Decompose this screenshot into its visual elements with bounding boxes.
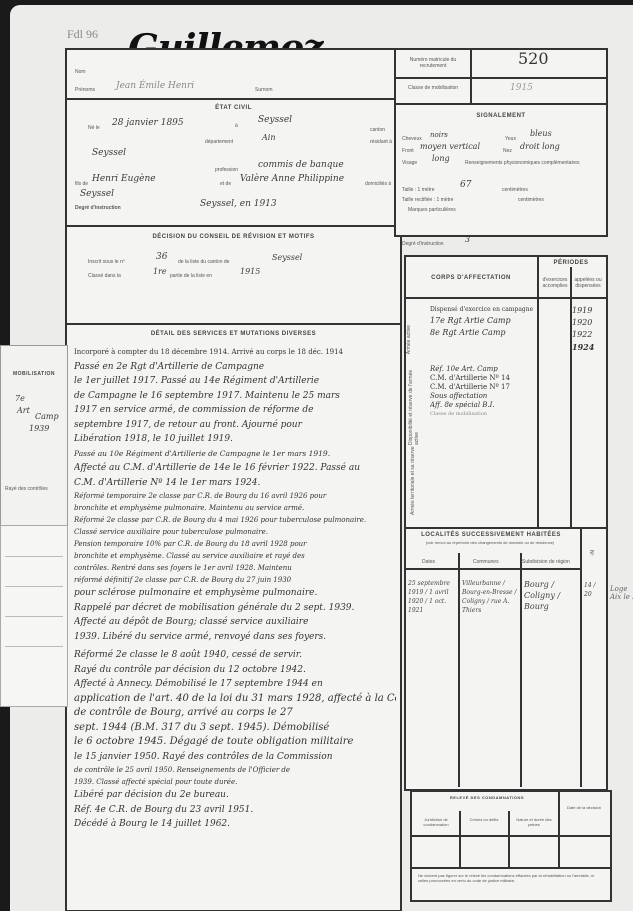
service-line: Passé en 2e Rgt d'Artillerie de Campagne	[74, 360, 396, 375]
divider	[459, 811, 461, 867]
divider	[520, 553, 522, 787]
side-card-entry: 1939	[29, 424, 49, 433]
armee-active-label: Armée active	[406, 325, 412, 354]
condamnations-header: RELEVÉ DES CONDAMNATIONS	[412, 795, 562, 800]
side-card-blank	[0, 525, 68, 707]
cond-col3: Nature et durée des peines	[512, 817, 556, 827]
side-card-entry: 7e	[15, 394, 25, 403]
born-date: 28 janvier 1895	[112, 118, 184, 128]
service-line: Décédé à Bourg le 14 juillet 1962.	[74, 817, 396, 832]
father-label: fils de	[75, 181, 88, 187]
classement-suffix: partie de la liste en	[170, 273, 212, 279]
signalement-header: SIGNALEMENT	[396, 113, 606, 119]
reserve-entry: Réf. 10e Art. Camp	[430, 365, 535, 374]
dates-col: 1919 1920 1922 1924	[572, 305, 602, 353]
service-line: Affecté au dépôt de Bourg; classé servic…	[74, 615, 396, 630]
localites-row: 25 septembre 1919 / 1 avril 1920 / 1 oct…	[408, 579, 456, 615]
service-line: contrôles. Rentré dans ses foyers le 1er…	[74, 562, 396, 574]
divider	[5, 616, 63, 617]
classement-label: Classé dans la	[88, 273, 121, 279]
classe-value: 1915	[510, 83, 533, 93]
folio-annotation: Fdl 96	[67, 27, 98, 42]
born-label: Né le	[88, 125, 100, 131]
given-names-value: Jean Émile Henri	[116, 81, 194, 91]
residence-label: résidant à	[370, 139, 392, 145]
hair-value: noirs	[430, 131, 448, 139]
service-line: 1917 en service armé, de commission de r…	[74, 403, 396, 418]
department-value: Ain	[262, 133, 276, 142]
register-page: Fdl 96 Guillemoz Nom Prénoms Jean Émile …	[10, 5, 633, 911]
canton-label: canton	[370, 127, 385, 133]
divider	[458, 553, 460, 787]
service-line: sept. 1944 (B.M. 317 du 3 sept. 1945). D…	[74, 721, 396, 736]
divider	[67, 225, 400, 227]
face-value: long	[432, 154, 450, 163]
periodes-col2: appelées ou dispensées	[573, 277, 603, 289]
side-card: MOBILISATION 7e Art Camp 1939 Rayé des c…	[0, 345, 68, 527]
mother-value: Valère Anne Philippine	[240, 174, 344, 184]
service-line: bronchite et emphysème. Classé au servic…	[74, 550, 396, 562]
date-entry: 1919	[572, 305, 602, 317]
reserve-label: Disponibilité et réserve de l'armée acti…	[408, 365, 420, 445]
etat-civil-header: ÉTAT CIVIL	[67, 105, 400, 111]
height-label: Taille : 1 mètre	[402, 187, 435, 193]
side-card-entry: Camp	[35, 412, 59, 421]
instruction-label: Degré d'instruction	[75, 205, 121, 211]
service-line: Affecté à Annecy. Démobilisé le 17 septe…	[74, 677, 396, 692]
residence-value: Seyssel	[92, 148, 126, 158]
inscription-canton: Seyssel	[272, 253, 302, 262]
divider	[67, 98, 400, 100]
classement-part: 1re	[153, 267, 167, 276]
col-communes: Communes	[473, 559, 499, 565]
instruction-value: Seyssel, en 1913	[200, 199, 277, 209]
classe-label: Classe de mobilisation	[402, 85, 464, 91]
service-line: le 6 octobre 1945. Dégagé de toute oblig…	[74, 735, 396, 750]
reserve-entry: Aff. 8e spécial B.I.	[430, 401, 535, 410]
divider	[580, 529, 582, 787]
domicile-value: Seyssel	[80, 189, 114, 199]
divider	[412, 835, 610, 837]
service-line: Pension temporaire 10% par C.R. de Bourg…	[74, 538, 396, 550]
service-line: Passé au 10e Régiment d'Artillerie de Ca…	[74, 447, 396, 462]
conseil-revision-header: DÉCISION DU CONSEIL DE RÉVISION ET MOTIF…	[67, 234, 400, 240]
reserve-entry: C.M. d'Artillerie Nº 17	[430, 383, 535, 392]
side-card-header: MOBILISATION	[1, 371, 67, 377]
service-line: de contrôle de Bourg, arrivé au corps le…	[74, 706, 396, 721]
divider	[406, 297, 606, 299]
classement-year: 1915	[240, 267, 260, 276]
eyes-label: Yeux	[505, 136, 516, 142]
hair-label: Cheveux	[402, 136, 422, 142]
services-text: Incorporé à compter du 18 décembre 1914.…	[74, 345, 396, 832]
nose-label: Nez	[503, 148, 512, 154]
given-names-label: Prénoms	[75, 87, 95, 93]
divider	[5, 556, 63, 557]
service-line: Affecté au C.M. d'Artillerie de 14e le 1…	[74, 461, 396, 476]
col-subdivision: Subdivision de région	[522, 559, 578, 565]
armee-active-entries: Dispensé d'exercice en campagne 17e Rgt …	[430, 305, 535, 339]
corps-affectation-header: CORPS D'AFFECTATION	[406, 275, 536, 281]
col-ref: Nº	[588, 550, 594, 555]
reserve-entry: C.M. d'Artillerie Nº 14	[430, 374, 535, 383]
nickname-label: Surnom	[255, 87, 273, 93]
service-line: septembre 1917, de retour au front. Ajou…	[74, 418, 396, 433]
born-place-label: à	[235, 123, 238, 129]
reserve-entry: Classe de mobilisation	[430, 410, 535, 418]
divider	[412, 867, 610, 869]
inscription-suffix: de la liste du canton de	[178, 259, 229, 265]
localites-subheader: (voir renvoi au répertoire des changemen…	[410, 540, 570, 545]
territoriale-label: Armée territoriale et sa réserve	[410, 445, 416, 515]
inscription-label: Inscrit sous le nº	[88, 259, 125, 265]
service-line: Réformé temporaire 2e classe par C.R. de…	[74, 490, 396, 502]
date-entry: 1924	[572, 341, 602, 353]
col-dates: Dates	[422, 559, 435, 565]
forehead-value: moyen vertical	[420, 142, 480, 151]
service-line: Réformé 2e classe le 8 août 1940, cessé …	[74, 648, 396, 663]
services-header: DÉTAIL DES SERVICES ET MUTATIONS DIVERSE…	[67, 331, 400, 337]
cond-col4: Date de la décision	[562, 805, 606, 810]
domicile-label: domiciliés à	[365, 181, 391, 187]
cond-col1: Juridiction de condamnation	[415, 817, 457, 827]
service-line: bronchite et emphysème pulmonaire. Maint…	[74, 502, 396, 514]
periodes-header: PÉRIODES	[538, 260, 604, 266]
height-unit: centimètres	[502, 187, 528, 193]
service-line: le 15 janvier 1950. Rayé des contrôles d…	[74, 750, 396, 765]
height-corrected-unit: centimètres	[518, 197, 544, 203]
forehead-label: Front	[402, 148, 414, 154]
eyes-value: bleus	[530, 129, 552, 138]
service-line: 1939. Libéré du service armé, renvoyé da…	[74, 630, 396, 645]
date-entry: 1922	[572, 329, 602, 341]
divider	[396, 77, 606, 79]
side-card-footer: Rayé des contrôles	[5, 486, 48, 492]
inscription-number: 36	[156, 252, 167, 262]
instruction-general-label: Degré d'instruction	[402, 241, 444, 247]
service-line: Classé service auxiliaire pour tuberculo…	[74, 526, 396, 538]
service-line: Rappelé par décret de mobilisation génér…	[74, 601, 396, 616]
department-label: département	[205, 139, 233, 145]
height-value: 67	[460, 180, 471, 190]
service-line: Rayé du contrôle par décision du 12 octo…	[74, 663, 396, 678]
height-corrected-label: Taille rectifiée : 1 mètre	[402, 197, 453, 203]
service-line: Incorporé à compter du 18 décembre 1914.…	[74, 345, 396, 360]
service-line: C.M. d'Artillerie Nº 14 le 1er mars 1924…	[74, 476, 396, 491]
side-card-entry: Art	[17, 406, 30, 415]
margin-annotation: LogeAix le B.	[610, 585, 633, 601]
physio-label: Renseignements physionomiques complément…	[465, 160, 605, 166]
localites-box	[404, 527, 608, 791]
matricule-number: 520	[518, 49, 549, 68]
face-label: Visage	[402, 160, 417, 166]
date-entry: 1920	[572, 317, 602, 329]
divider	[67, 323, 400, 325]
surname-label: Nom	[75, 69, 86, 75]
born-place: Seyssel	[258, 115, 292, 125]
localites-row: Villeurbanne / Bourg-en-Bresse / Coligny…	[462, 579, 518, 615]
service-line: de Campagne le 16 septembre 1917. Mainte…	[74, 389, 396, 404]
service-line: pour sclérose pulmonaire et emphysème pu…	[74, 586, 396, 601]
localites-header: LOCALITÉS SUCCESSIVEMENT HABITÉES	[406, 532, 576, 538]
localites-row: 14 / 20	[584, 581, 604, 599]
nose-value: droit long	[520, 142, 560, 151]
service-line: application de l'art. 40 de la loi du 31…	[74, 692, 396, 707]
matricule-label: Numéro matricule du recrutement	[402, 57, 464, 69]
service-line: Réf. 4e C.R. de Bourg du 23 avril 1951.	[74, 803, 396, 818]
service-line: Réformé 2e classe par C.R. de Bourg du 4…	[74, 514, 396, 526]
cond-col2: Crimes ou délits	[463, 817, 505, 822]
affectation-entry: 17e Rgt Artie Camp	[430, 315, 535, 327]
divider	[5, 586, 63, 587]
affectation-entry: 8e Rgt Artie Camp	[430, 327, 535, 339]
cond-footnote: Ne doivent pas figurer sur le relevé les…	[418, 873, 604, 883]
divider	[508, 811, 510, 867]
affectation-entry: Dispensé d'exercice en campagne	[430, 305, 535, 315]
periodes-col1: d'exercices accomplies	[541, 277, 569, 289]
divider	[558, 792, 560, 867]
instruction-general-value: 3	[465, 235, 470, 244]
divider	[537, 257, 539, 527]
reserve-entries: Réf. 10e Art. Camp C.M. d'Artillerie Nº …	[430, 365, 535, 418]
service-line: réformé définitif 2e classe par C.R. de …	[74, 574, 396, 586]
profession-label: profession	[215, 167, 238, 173]
reserve-entry: Sous affectation	[430, 392, 535, 401]
divider	[5, 646, 63, 647]
marks-label: Marques particulières	[408, 207, 456, 213]
service-line: Libéré par décision du 2e bureau.	[74, 788, 396, 803]
service-line: de contrôle le 25 avril 1950. Renseignem…	[74, 764, 396, 776]
profession-value: commis de banque	[258, 160, 344, 170]
service-line: le 1er juillet 1917. Passé au 14e Régime…	[74, 374, 396, 389]
localites-row: Bourg / Coligny / Bourg	[524, 579, 578, 612]
service-line: 1939. Classé affecté spécial pour toute …	[74, 776, 396, 788]
service-line: Libération 1918, le 10 juillet 1919.	[74, 432, 396, 447]
divider	[406, 568, 581, 570]
father-value: Henri Eugène	[92, 174, 156, 184]
mother-label: et de	[220, 181, 231, 187]
signalement-box	[394, 103, 608, 237]
